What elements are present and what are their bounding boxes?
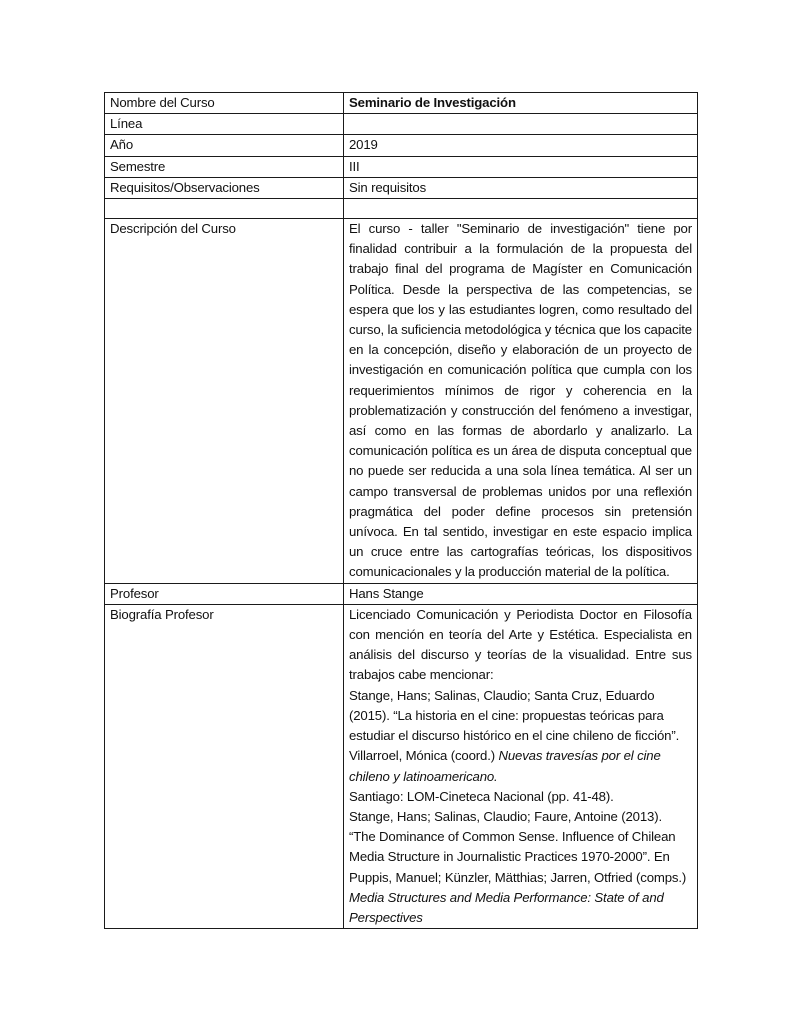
label-profesor: Profesor xyxy=(105,583,344,604)
value-linea xyxy=(344,114,698,135)
value-ano: 2019 xyxy=(344,135,698,156)
value-requisitos: Sin requisitos xyxy=(344,177,698,198)
document-page: Nombre del Curso Seminario de Investigac… xyxy=(0,0,800,1035)
value-descripcion: El curso - taller "Seminario de investig… xyxy=(344,219,698,584)
table-row-nombre-curso: Nombre del Curso Seminario de Investigac… xyxy=(105,93,698,114)
course-info-table: Nombre del Curso Seminario de Investigac… xyxy=(104,92,698,929)
biografia-intro: Licenciado Comunicación y Periodista Doc… xyxy=(349,605,692,686)
value-empty xyxy=(344,199,698,219)
table-row-linea: Línea xyxy=(105,114,698,135)
label-empty xyxy=(105,199,344,219)
reference-2-title: Media Structures and Media Performance: … xyxy=(349,890,664,925)
value-semestre: III xyxy=(344,156,698,177)
label-semestre: Semestre xyxy=(105,156,344,177)
table-row-semestre: Semestre III xyxy=(105,156,698,177)
label-descripcion: Descripción del Curso xyxy=(105,219,344,584)
label-ano: Año xyxy=(105,135,344,156)
value-nombre-curso: Seminario de Investigación xyxy=(344,93,698,114)
reference-1-publisher: Santiago: LOM-Cineteca Nacional (pp. 41-… xyxy=(349,789,614,804)
table-row-empty xyxy=(105,199,698,219)
biografia-reference-2: Stange, Hans; Salinas, Claudio; Faure, A… xyxy=(349,807,692,928)
label-linea: Línea xyxy=(105,114,344,135)
value-profesor: Hans Stange xyxy=(344,583,698,604)
table-row-biografia: Biografía Profesor Licenciado Comunicaci… xyxy=(105,604,698,928)
table-row-profesor: Profesor Hans Stange xyxy=(105,583,698,604)
table-row-descripcion: Descripción del Curso El curso - taller … xyxy=(105,219,698,584)
label-biografia: Biografía Profesor xyxy=(105,604,344,928)
table-row-ano: Año 2019 xyxy=(105,135,698,156)
value-biografia: Licenciado Comunicación y Periodista Doc… xyxy=(344,604,698,928)
label-requisitos: Requisitos/Observaciones xyxy=(105,177,344,198)
label-nombre-curso: Nombre del Curso xyxy=(105,93,344,114)
reference-2-authors: Stange, Hans; Salinas, Claudio; Faure, A… xyxy=(349,809,686,885)
biografia-reference-1: Stange, Hans; Salinas, Claudio; Santa Cr… xyxy=(349,686,692,807)
table-row-requisitos: Requisitos/Observaciones Sin requisitos xyxy=(105,177,698,198)
